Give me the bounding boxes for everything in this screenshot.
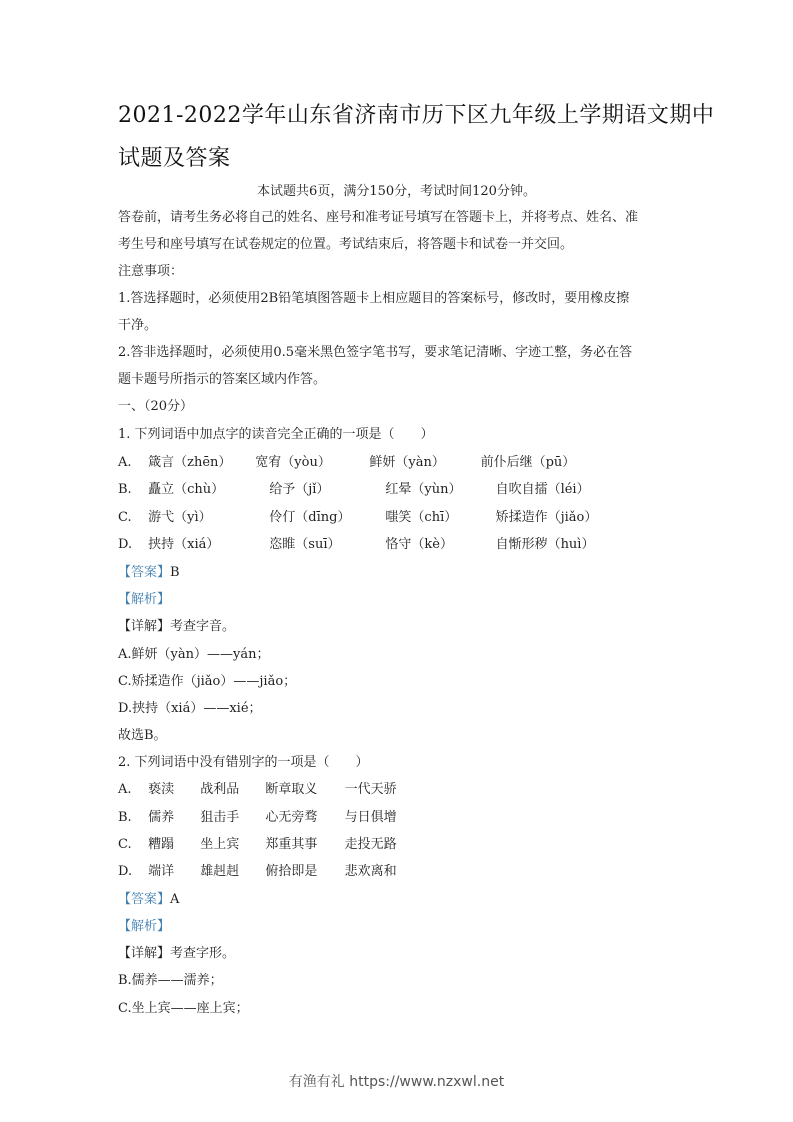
option-label: A. — [118, 455, 144, 470]
option-item: 俯拾即是 — [265, 860, 340, 879]
answer-tag: 【答案】 — [118, 565, 170, 580]
option-item: 断章取义 — [265, 778, 340, 797]
document-title-line2: 试题及答案 — [118, 141, 231, 172]
q2-option-a: A. 亵渎 战利品 断章取义 一代天骄 — [118, 778, 397, 797]
q1-option-b: B. 矗立（chù） 给予（jǐ） 红晕（yùn） 自吹自擂（léi） — [118, 478, 590, 497]
q1-explanation-3: D.挟持（xiá）——xié； — [118, 697, 262, 716]
option-item: 矫揉造作（jiǎo） — [496, 506, 598, 525]
q2-explanation-1: B.儒养——濡养； — [118, 969, 223, 988]
option-label: B. — [118, 482, 144, 497]
option-item: 自吹自擂（léi） — [496, 478, 590, 497]
instruction-line-2: 考生号和座号填写在试卷规定的位置。考试结束后，将答题卡和试卷一并交回。 — [118, 233, 573, 252]
option-item: 心无旁骛 — [265, 806, 340, 825]
note-line-3: 2.答非选择题时，必须使用0.5毫米黑色签字笔书写，要求笔记清晰、字迹工整，务必… — [118, 341, 632, 360]
q2-analysis: 【解析】 — [118, 915, 170, 934]
option-item: 游弋（yì） — [148, 506, 265, 525]
option-item: 端详 — [148, 860, 196, 879]
option-item: 走投无路 — [345, 833, 397, 852]
option-item: 儒养 — [148, 806, 196, 825]
option-label: D. — [118, 537, 144, 552]
document-page: 2021-2022学年山东省济南市历下区九年级上学期语文期中 试题及答案 本试题… — [0, 0, 793, 1122]
q1-analysis: 【解析】 — [118, 588, 170, 607]
option-item: 悲欢离和 — [345, 860, 397, 879]
option-label: A. — [118, 782, 144, 797]
document-title-line1: 2021-2022学年山东省济南市历下区九年级上学期语文期中 — [118, 98, 714, 129]
q1-option-d: D. 挟持（xiá） 恣睢（suī） 恪守（kè） 自惭形秽（huì） — [118, 533, 594, 552]
option-item: 宽宥（yòu） — [255, 451, 365, 470]
option-item: 恪守（kè） — [385, 533, 491, 552]
analysis-tag: 【解析】 — [118, 592, 170, 607]
q1-explanation-1: A.鲜妍（yàn）——yán； — [118, 643, 269, 662]
footer-watermark: 有渔有礼 https://www.nzxwl.net — [0, 1071, 793, 1091]
q1-explanation-2: C.矫揉造作（jiǎo）——jiǎo； — [118, 670, 296, 689]
detail-text: 考查字形。 — [170, 946, 235, 961]
notes-heading: 注意事项： — [118, 260, 183, 279]
option-item: 与日俱增 — [345, 806, 397, 825]
option-label: C. — [118, 837, 144, 852]
q2-stem: 2. 下列词语中没有错别字的一项是（ ） — [118, 751, 369, 770]
option-item: 挟持（xiá） — [148, 533, 265, 552]
option-item: 鲜妍（yàn） — [369, 451, 476, 470]
q2-option-b: B. 儒养 狙击手 心无旁骛 与日俱增 — [118, 806, 397, 825]
note-line-1: 1.答选择题时，必须使用2B铅笔填图答题卡上相应题目的答案标号，修改时，要用橡皮… — [118, 287, 629, 306]
detail-tag: 【详解】 — [118, 946, 170, 961]
option-label: C. — [118, 510, 144, 525]
option-label: D. — [118, 864, 144, 879]
option-item: 坐上宾 — [200, 833, 261, 852]
option-item: 糟蹋 — [148, 833, 196, 852]
detail-text: 考查字音。 — [170, 619, 235, 634]
note-line-4: 题卡题号所指示的答案区域内作答。 — [118, 368, 326, 387]
option-item: 矗立（chù） — [148, 478, 265, 497]
option-item: 嗤笑（chī） — [385, 506, 491, 525]
option-label: B. — [118, 810, 144, 825]
q1-detail: 【详解】考查字音。 — [118, 615, 235, 634]
q1-option-c: C. 游弋（yì） 伶仃（dīng） 嗤笑（chī） 矫揉造作（jiǎo） — [118, 506, 597, 525]
option-item: 自惭形秽（huì） — [496, 533, 595, 552]
q2-detail: 【详解】考查字形。 — [118, 942, 235, 961]
option-item: 恣睢（suī） — [269, 533, 381, 552]
option-item: 前仆后继（pū） — [481, 451, 576, 470]
q1-option-a: A. 箴言（zhēn） 宽宥（yòu） 鲜妍（yàn） 前仆后继（pū） — [118, 451, 575, 470]
section-heading: 一、（20分） — [118, 395, 193, 414]
q1-conclusion: 故选B。 — [118, 724, 167, 743]
analysis-tag: 【解析】 — [118, 919, 170, 934]
option-item: 狙击手 — [200, 806, 261, 825]
option-item: 战利品 — [200, 778, 261, 797]
q1-answer: 【答案】B — [118, 561, 180, 580]
exam-intro: 本试题共6页，满分150分，考试时间120分钟。 — [0, 180, 793, 199]
option-item: 亵渎 — [148, 778, 196, 797]
option-item: 郑重其事 — [265, 833, 340, 852]
option-item: 给予（jǐ） — [269, 478, 381, 497]
answer-value: B — [170, 565, 180, 580]
note-line-2: 干净。 — [118, 314, 157, 333]
answer-value: A — [170, 892, 179, 907]
q2-answer: 【答案】A — [118, 888, 179, 907]
option-item: 雄赳赳 — [200, 860, 261, 879]
instruction-line-1: 答卷前，请考生务必将自己的姓名、座号和准考证号填写在答题卡上，并将考点、姓名、准 — [118, 206, 638, 225]
option-item: 伶仃（dīng） — [269, 506, 381, 525]
option-item: 一代天骄 — [345, 778, 397, 797]
q1-stem: 1. 下列词语中加点字的读音完全正确的一项是（ ） — [118, 423, 434, 442]
option-item: 箴言（zhēn） — [148, 451, 251, 470]
q2-option-c: C. 糟蹋 坐上宾 郑重其事 走投无路 — [118, 833, 397, 852]
answer-tag: 【答案】 — [118, 892, 170, 907]
q2-explanation-2: C.坐上宾——座上宾； — [118, 997, 249, 1016]
detail-tag: 【详解】 — [118, 619, 170, 634]
option-item: 红晕（yùn） — [385, 478, 491, 497]
q2-option-d: D. 端详 雄赳赳 俯拾即是 悲欢离和 — [118, 860, 397, 879]
